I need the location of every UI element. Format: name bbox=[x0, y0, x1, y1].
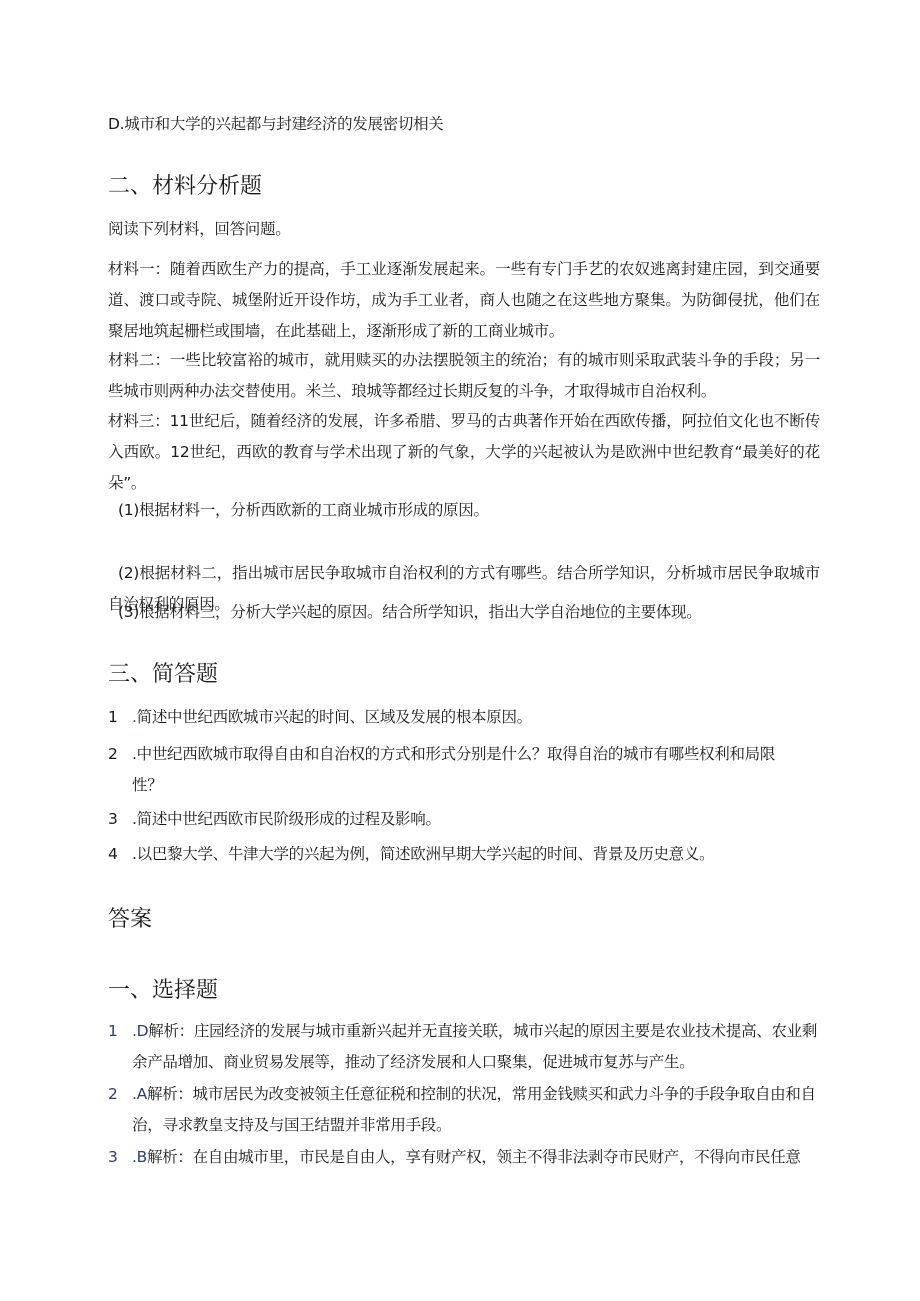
item-text: 中世纪西欧城市取得自由和自治权的方式和形式分别是什么？取得自治的城市有哪些权利和… bbox=[132, 745, 775, 794]
answers-section-1-title: 一、选择题 bbox=[108, 976, 218, 1006]
section-2-instruction: 阅读下列材料，回答问题。 bbox=[108, 212, 290, 246]
item-number: 3 bbox=[108, 804, 132, 835]
answer-letter: B bbox=[137, 1148, 147, 1166]
item-text: 简述中世纪西欧市民阶级形成的过程及影响。 bbox=[137, 810, 441, 828]
answer-item-3: 3 .B解析：在自由城市里，市民是自由人，享有财产权，领主不得非法剥夺市民财产，… bbox=[108, 1142, 820, 1176]
answer-number: 3 bbox=[108, 1142, 132, 1173]
answer-number: 1 bbox=[108, 1016, 132, 1047]
item-number: 2 bbox=[108, 739, 132, 770]
section-2-title: 二、材料分析题 bbox=[108, 172, 262, 202]
answer-explanation: 解析：城市居民为改变被领主任意征税和控制的状况，常用金钱赎买和武力斗争的手段争取… bbox=[132, 1085, 816, 1134]
short-answer-item-4: 4 .以巴黎大学、牛津大学的兴起为例，简述欧洲早期大学兴起的时间、背景及历史意义… bbox=[108, 839, 820, 870]
material-1: 材料一：随着西欧生产力的提高，手工业逐渐发展起来。一些有专门手艺的农奴逃离封建庄… bbox=[108, 254, 820, 347]
answer-explanation: 解析：庄园经济的发展与城市重新兴起并无直接关联，城市兴起的原因主要是农业技术提高… bbox=[132, 1022, 817, 1071]
answers-title: 答案 bbox=[108, 905, 152, 935]
question-3: (3)根据材料三，分析大学兴起的原因。结合所学知识，指出大学自治地位的主要体现。 bbox=[108, 597, 820, 628]
section-3-title: 三、简答题 bbox=[108, 660, 218, 690]
short-answer-item-2: 2 .中世纪西欧城市取得自由和自治权的方式和形式分别是什么？取得自治的城市有哪些… bbox=[108, 739, 820, 801]
material-2: 材料二：一些比较富裕的城市，就用赎买的办法摆脱领主的统治；有的城市则采取武装斗争… bbox=[108, 345, 820, 407]
item-text: 以巴黎大学、牛津大学的兴起为例，简述欧洲早期大学兴起的时间、背景及历史意义。 bbox=[137, 845, 715, 863]
answer-letter: D bbox=[137, 1022, 149, 1040]
item-text: 简述中世纪西欧城市兴起的时间、区域及发展的根本原因。 bbox=[137, 708, 532, 726]
answer-item-1: 1 .D解析：庄园经济的发展与城市重新兴起并无直接关联，城市兴起的原因主要是农业… bbox=[108, 1016, 820, 1078]
previous-option-d: D.城市和大学的兴起都与封建经济的发展密切相关 bbox=[108, 107, 443, 141]
answer-item-2: 2 .A解析：城市居民为改变被领主任意征税和控制的状况，常用金钱赎买和武力斗争的… bbox=[108, 1079, 820, 1141]
question-1: (1)根据材料一，分析西欧新的工商业城市形成的原因。 bbox=[108, 495, 820, 526]
short-answer-item-3: 3 .简述中世纪西欧市民阶级形成的过程及影响。 bbox=[108, 804, 820, 835]
item-number: 4 bbox=[108, 839, 132, 870]
item-number: 1 bbox=[108, 702, 132, 733]
short-answer-item-1: 1 .简述中世纪西欧城市兴起的时间、区域及发展的根本原因。 bbox=[108, 702, 820, 733]
answer-explanation: 解析：在自由城市里，市民是自由人，享有财产权，领主不得非法剥夺市民财产，不得向市… bbox=[147, 1148, 801, 1166]
answer-letter: A bbox=[137, 1085, 147, 1103]
answer-number: 2 bbox=[108, 1079, 132, 1110]
material-3: 材料三：11世纪后，随着经济的发展，许多希腊、罗马的古典著作开始在西欧传播，阿拉… bbox=[108, 406, 820, 499]
